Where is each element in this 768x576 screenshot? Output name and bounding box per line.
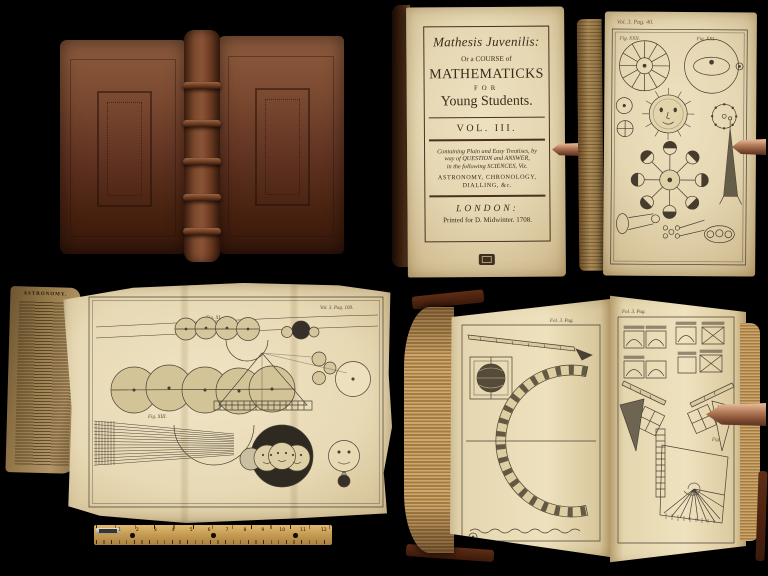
orbit-circle-diagram [684, 39, 743, 93]
subjects-list: ASTRONOMY, CHRONOLOGY, DIALLING, &c. [438, 174, 537, 190]
photo-diagram-spread: Fol. 3. Pag. [392, 281, 768, 576]
subjects-line: ASTRONOMY, CHRONOLOGY, [438, 174, 537, 182]
inch-number: 11 [300, 528, 306, 533]
photo-foldout-plate: ASTRONOMY. Vol. 3. Pag. 100. Fig. XI. Fi… [0, 281, 392, 576]
shaded-gnomon-triangle [620, 399, 644, 451]
inch-number: 1 [118, 528, 121, 533]
quadrant-engraving: Fol. 3. Pag. [456, 313, 606, 547]
page-block-fore-edge [404, 307, 454, 553]
plate-leaf: Vol. 3. Pag. 40. Fig. XXII. Fig. XXI. [603, 11, 757, 276]
book-spine [184, 30, 220, 262]
contents-note: Containing Plain and Easy Treatises, by … [437, 147, 537, 170]
inch-number: 6 [208, 528, 211, 533]
rule-divider [429, 195, 545, 197]
dark-moon-cluster [282, 321, 320, 339]
inch-number: 5 [190, 528, 193, 533]
title-line: Young Students. [441, 94, 533, 111]
spoked-circle-diagram [619, 41, 669, 91]
ruler-hole [293, 533, 298, 538]
dotted-ring-diagram [711, 103, 738, 130]
water-line [470, 529, 580, 533]
title-page-frame: Mathesis Juvenilis: Or a COURSE of MATHE… [423, 26, 551, 243]
dial-square-row-1 [624, 322, 724, 348]
imprint-city: LONDON: [456, 203, 519, 213]
inch-number: 3 [154, 528, 157, 533]
volume-number: VOL. III. [457, 123, 518, 134]
dialling-engraving: Fol. 3. Pag. [614, 305, 742, 553]
shadow-cone-diagrams [616, 214, 734, 243]
inch-number: 10 [279, 528, 285, 533]
dial-square-row-2 [624, 350, 722, 378]
figure-label: Fig. [711, 438, 720, 443]
figure-label: Fig. XXII. [619, 37, 640, 42]
steeple-obelisk-diagram [720, 117, 743, 205]
cm-tick-marks [96, 540, 330, 544]
page-fore-edge [577, 19, 605, 271]
inch-number: 4 [172, 528, 175, 533]
back-cover-board [60, 40, 186, 254]
book-title: Mathesis Juvenilis: [433, 34, 540, 51]
globe-in-square [470, 357, 512, 399]
figure-label: Fig. XIII. [147, 415, 167, 420]
inch-number: 9 [261, 528, 264, 533]
tilted-dial-squares [635, 404, 716, 435]
ruler-hole [130, 533, 135, 538]
inch-number: 8 [243, 528, 246, 533]
diagonal-scale-bar [468, 335, 592, 360]
sundial-fan-square [660, 445, 728, 523]
raised-band [183, 194, 221, 201]
compass-rosette [469, 533, 477, 541]
raised-band [183, 82, 221, 89]
plate-border-inner [614, 32, 745, 262]
moon-phase-wheel [631, 141, 709, 219]
printer-ornament-icon [479, 254, 495, 265]
inch-number: 7 [226, 528, 229, 533]
ruler-hole [211, 533, 216, 538]
inch-number: 2 [136, 528, 139, 533]
cover-blind-tooled-panel [97, 91, 152, 207]
right-plate-page: Fol. 3. Pag. [610, 293, 746, 565]
manuscript-annotation: Fol. 3. Pag. [549, 319, 574, 324]
small-side-diagrams [616, 98, 633, 137]
imprint-line: Printed for D. Midwinter. 1708. [443, 215, 532, 224]
wooden-ruler: 1 2 3 4 5 6 7 8 9 10 11 12 [94, 525, 332, 545]
astronomy-engraving: Fig. XXII. Fig. XXI. [609, 28, 749, 269]
eclipse-engraving: Vol. 3. Pag. 100. Fig. XI. Fig. XII. Fig… [86, 293, 386, 511]
moon-face-and-earth [329, 441, 360, 488]
raised-band [183, 228, 221, 235]
cover-blind-tooled-panel [255, 88, 310, 206]
manuscript-annotation: Fol. 3. Pag. [621, 310, 646, 315]
photo-title-page: Mathesis Juvenilis: Or a COURSE of MATHE… [392, 5, 574, 283]
raised-band [183, 158, 221, 165]
title-line: FOR [474, 85, 499, 92]
title-line: Or a COURSE of [461, 55, 512, 63]
raised-band [183, 120, 221, 127]
ruler-metal-edge [96, 528, 120, 534]
manuscript-annotation: Vol. 3. Pag. 40. [617, 20, 654, 26]
left-plate-page: Fol. 3. Pag. [450, 299, 610, 557]
book-photo-collage: Mathesis Juvenilis: Or a COURSE of MATHE… [0, 0, 768, 576]
projection-grid [94, 421, 234, 465]
running-header: ASTRONOMY. [10, 291, 80, 298]
title-line: MATHEMATICKS [429, 67, 544, 84]
solar-eclipse-faces [240, 425, 313, 487]
large-eclipse-circle-row [111, 365, 295, 414]
photo-plate-page: Vol. 3. Pag. 40. Fig. XXII. Fig. XXI. [576, 5, 768, 283]
contents-line: way of QUESTION and ANSWER, [437, 155, 537, 163]
rule-divider [429, 139, 545, 141]
rule-divider [429, 117, 545, 119]
front-cover-board [218, 36, 344, 254]
inch-number: 12 [321, 528, 327, 533]
manuscript-annotation: Vol. 3. Pag. 100. [320, 306, 353, 311]
body-text-lines [15, 300, 74, 465]
cover-board-edge [755, 471, 767, 561]
subjects-line: DIALLING, &c. [438, 181, 537, 189]
title-page-leaf: Mathesis Juvenilis: Or a COURSE of MATHE… [406, 6, 566, 277]
photo-book-cover [50, 26, 354, 266]
sun-face-icon [642, 88, 694, 140]
contents-line: in the following SCIENCES, Viz. [437, 162, 537, 170]
